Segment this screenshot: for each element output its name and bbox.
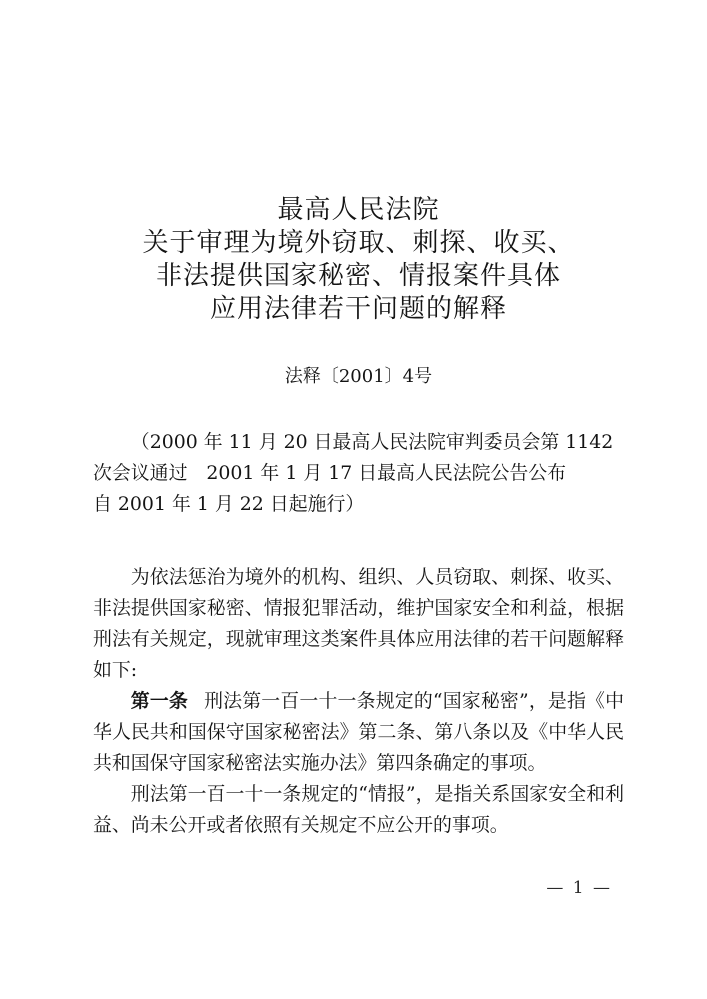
preamble-block: （2000 年 11 月 20 日最高人民法院审判委员会第 1142 次会议通过… <box>93 427 624 520</box>
body-text: 为依法惩治为境外的机构、组织、人员窃取、刺探、收买、非法提供国家秘密、情报犯罪活… <box>93 562 624 841</box>
title-line-2: 关于审理为境外窃取、刺探、收买、 <box>93 227 624 260</box>
intelligence-definition-text: 刑法第一百一十一条规定的“情报”，是指关系国家安全和利益、尚未公开或者依照有关规… <box>93 783 624 836</box>
preamble-line-3: 自 2001 年 1 月 22 日起施行） <box>93 489 624 520</box>
article-1-label: 第一条 <box>131 690 188 712</box>
title-line-1: 最高人民法院 <box>93 194 624 227</box>
title-line-4: 应用法律若干问题的解释 <box>93 293 624 326</box>
document-number: 法释〔2001〕4号 <box>93 365 624 389</box>
document-title: 最高人民法院 关于审理为境外窃取、刺探、收买、 非法提供国家秘密、情报案件具体 … <box>93 194 624 326</box>
intro-paragraph: 为依法惩治为境外的机构、组织、人员窃取、刺探、收买、非法提供国家秘密、情报犯罪活… <box>93 562 624 686</box>
intelligence-definition-paragraph: 刑法第一百一十一条规定的“情报”，是指关系国家安全和利益、尚未公开或者依照有关规… <box>93 779 624 841</box>
intro-paragraph-text: 为依法惩治为境外的机构、组织、人员窃取、刺探、收买、非法提供国家秘密、情报犯罪活… <box>93 566 624 681</box>
preamble-line-1: （2000 年 11 月 20 日最高人民法院审判委员会第 1142 <box>93 427 624 458</box>
document-content: 最高人民法院 关于审理为境外窃取、刺探、收买、 非法提供国家秘密、情报案件具体 … <box>0 194 707 841</box>
document-page: 最高人民法院 关于审理为境外窃取、刺探、收买、 非法提供国家秘密、情报案件具体 … <box>0 0 707 999</box>
article-1-paragraph: 第一条刑法第一百一十一条规定的“国家秘密”，是指《中华人民共和国保守国家秘密法》… <box>93 686 624 779</box>
page-number: — 1 — <box>546 877 612 899</box>
preamble-line-2: 次会议通过 2001 年 1 月 17 日最高人民法院公告公布 <box>93 458 624 489</box>
title-line-3: 非法提供国家秘密、情报案件具体 <box>93 260 624 293</box>
